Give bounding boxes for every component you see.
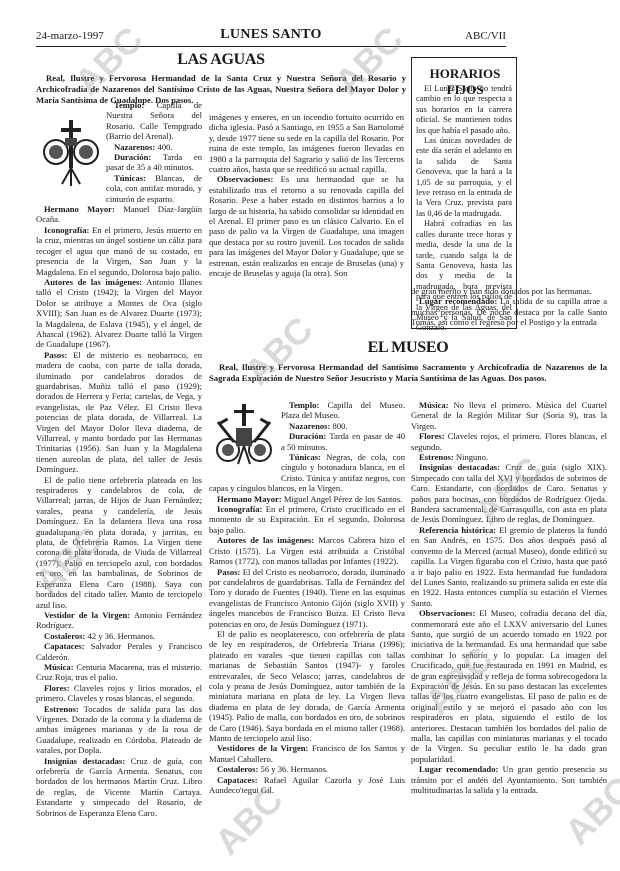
paragraph: Vestidor de la Virgen: Antonio Fernández… <box>36 610 202 631</box>
el-museo-column-2: Templo: Capilla del Museo. Plaza del Mus… <box>209 400 405 795</box>
paragraph: Estrenos: Tocados de salida para las dos… <box>36 704 202 756</box>
paragraph: Hermano Mayor: Manuel Díaz-Jargüín Ocaña… <box>36 204 202 225</box>
paragraph: Música: Centuria Macarena, tras el miste… <box>36 662 202 683</box>
article-title-las-aguas: LAS AGUAS <box>36 51 406 69</box>
paragraph: Pasos: El de misterio es neobarroco, en … <box>36 350 202 475</box>
paragraph: Insignias destacadas: Cruz de guía, con … <box>36 756 202 818</box>
paragraph: Vestidores de la Virgen: Francisco de lo… <box>209 743 405 764</box>
article-title-el-museo: EL MUSEO <box>209 339 607 357</box>
paragraph: Las únicas novedades de este día serán e… <box>416 136 512 219</box>
paragraph: Hermano Mayor: Miguel Angel Pérez de los… <box>209 494 405 504</box>
paragraph: Insignias destacadas: Cruz de guía (sigl… <box>411 462 607 524</box>
paragraph: imágenes y enseres, en un incendio fortu… <box>209 112 404 174</box>
las-aguas-column-1: Templo: Capilla de Nuestra Señora del Ro… <box>36 100 202 818</box>
paragraph: Flores: Claveles rojos y lirios morados,… <box>36 683 202 704</box>
paragraph: Lugar recomendado: Un gran gentío presen… <box>411 764 607 795</box>
las-aguas-column-2: imágenes y enseres, en un incendio fortu… <box>209 112 404 279</box>
el-museo-column-3: Música: No lleva el primero. Música del … <box>411 400 607 795</box>
paragraph: Lugar recomendado: La salida de su capil… <box>411 296 607 327</box>
paragraph: Flores: Claveles rojos, el primero. Flor… <box>411 431 607 452</box>
paragraph: Música: No lleva el primero. Música del … <box>411 400 607 431</box>
paragraph: Pasos: El del Cristo es neobarroco, dora… <box>209 567 405 629</box>
paragraph: Costaleros: 42 y 36. Hermanos. <box>36 631 202 641</box>
paragraph: Autores de las imágenes: Antonio Illanes… <box>36 277 202 350</box>
paragraph: El Lunes Santo no tendrá cambio en lo qu… <box>416 84 512 136</box>
las-aguas-column-3: de gran mérito y han sido donados por la… <box>411 286 607 328</box>
paragraph: Iconografía: En el primero, Jesús muerto… <box>36 225 202 277</box>
paragraph: El de palio tiene orfebrería plateada en… <box>36 475 202 610</box>
article-subtitle-el-museo: Real, Ilustre y Fervorosa Hermandad del … <box>209 362 607 384</box>
paragraph: Estrenos: Ninguno. <box>411 452 607 462</box>
paragraph: Costaleros: 56 y 36. Hermanos. <box>209 764 405 774</box>
paragraph: Referencia histórica: El gremio de plate… <box>411 525 607 608</box>
paragraph: Capataces: Salvador Perales y Francisco … <box>36 641 202 662</box>
paragraph: Iconografía: En el primero, Cristo cruci… <box>209 504 405 535</box>
page-header: 24-marzo-1997 LUNES SANTO ABC/VII <box>36 28 506 47</box>
paragraph: Capataces: Rafael Aguilar Cazorla y José… <box>209 775 405 796</box>
paragraph: de gran mérito y han sido donados por la… <box>411 286 607 296</box>
paragraph: Observaciones: Es una hermandad que se h… <box>209 174 404 278</box>
paragraph: El de palio es neoplateresco, con orfebr… <box>209 629 405 743</box>
paragraph: Observaciones: El Museo, cofradía decana… <box>411 608 607 764</box>
paragraph: Autores de las imágenes: Marcos Cabrera … <box>209 535 405 566</box>
section-title: LUNES SANTO <box>36 27 506 43</box>
page-number: ABC/VII <box>465 30 506 42</box>
